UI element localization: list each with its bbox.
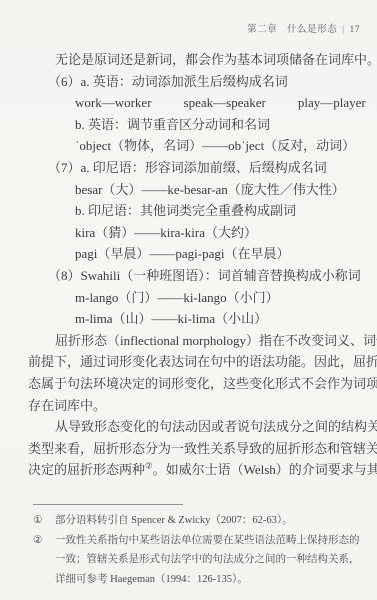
footnote-2: ② 一致性关系指句中某些语法单位需要在某些语法范畴上保持形态的一致；管辖关系是形…: [33, 531, 360, 590]
example-form-line: m-lima（山）——ki-lima（小山）: [28, 308, 360, 330]
word-pair: play—player: [298, 92, 366, 114]
word-pair: speak—speaker: [184, 92, 266, 114]
example-item-6b: b. 英语：调节重音区分动词和名词: [28, 114, 360, 136]
example-form-line: kira（猜）——kira-kira（大约）: [28, 222, 360, 244]
example-form-line: pagi（早晨）——pagi-pagi（在早晨）: [28, 243, 360, 265]
book-page: 第二章 什么是形态|17 无论是原词还是新词，都会作为基本词项储备在词库中。例如…: [0, 0, 377, 600]
page-header: 第二章 什么是形态|17: [247, 21, 360, 35]
paragraph-text: 无论是原词还是新词，都会作为基本词项储备在词库中。例如: [55, 52, 377, 67]
paragraph-text: 决定的屈折形态两种: [28, 462, 145, 477]
footnote-divider: [33, 504, 183, 505]
page-body: 无论是原词还是新词，都会作为基本词项储备在词库中。例如①： （6）a. 英语：动…: [28, 49, 360, 481]
paragraph-line: 类型来看，屈折形态分为一致性关系导致的屈折形态和管辖关系: [28, 438, 360, 460]
word-pair: work—worker: [75, 92, 152, 114]
footnote-text: 一致性关系指句中某些语法单位需要在某些语法范畴上保持形态的一致；管辖关系是形式句…: [55, 531, 360, 590]
example-item-8: （8）Swahili（一种班图语）：词首辅音替换构成小称词: [28, 265, 360, 287]
paragraph-line: 态属于句法环境决定的词形变化，这些变化形式不会作为词项储: [28, 373, 360, 395]
example-item-6a: （6）a. 英语：动词添加派生后缀构成名词: [28, 71, 360, 93]
example-form-line: work—worker speak—speaker play—player: [28, 92, 360, 114]
footnote-marker: ①: [33, 511, 55, 531]
footnotes: ① 部分语料转引自 Spencer & Zwicky（2007：62-63）。 …: [33, 504, 360, 589]
chapter-title: 第二章 什么是形态: [247, 25, 337, 35]
paragraph-line: 屈折形态（inflectional morphology）指在不改变词义、词性的: [28, 330, 360, 352]
paragraph-line: 存在词库中。: [28, 395, 360, 417]
example-item-7b: b. 印尼语：其他词类完全重叠构成副词: [28, 200, 360, 222]
paragraph-text: 。如威尔士语（Welsh）的介词要求与其宾: [153, 462, 377, 477]
example-item-7a: （7）a. 印尼语：形容词添加前缀、后缀构成名词: [28, 157, 360, 179]
header-separator: |: [342, 25, 344, 35]
paragraph-line: 前提下，通过词形变化表达词在句中的语法功能。因此，屈折形: [28, 351, 360, 373]
footnote-text: 部分语料转引自 Spencer & Zwicky（2007：62-63）。: [55, 511, 360, 531]
example-form-line: ˈobject（物体，名词）——obˈject（反对，动词）: [28, 135, 360, 157]
footnote-ref-2: ②: [145, 461, 153, 471]
paragraph-line: 决定的屈折形态两种②。如威尔士语（Welsh）的介词要求与其宾: [28, 459, 360, 481]
example-form-line: m-lango（门）——ki-lango（小门）: [28, 287, 360, 309]
example-form-line: besar（大）——ke-besar-an（庞大性／伟大性）: [28, 179, 360, 201]
footnote-1: ① 部分语料转引自 Spencer & Zwicky（2007：62-63）。: [33, 511, 360, 531]
page-number: 17: [350, 25, 361, 35]
paragraph-line: 从导致形态变化的句法动因或者说句法成分之间的结构关系: [28, 416, 360, 438]
footnote-marker: ②: [33, 531, 55, 551]
paragraph-line: 无论是原词还是新词，都会作为基本词项储备在词库中。例如①：: [28, 49, 360, 71]
